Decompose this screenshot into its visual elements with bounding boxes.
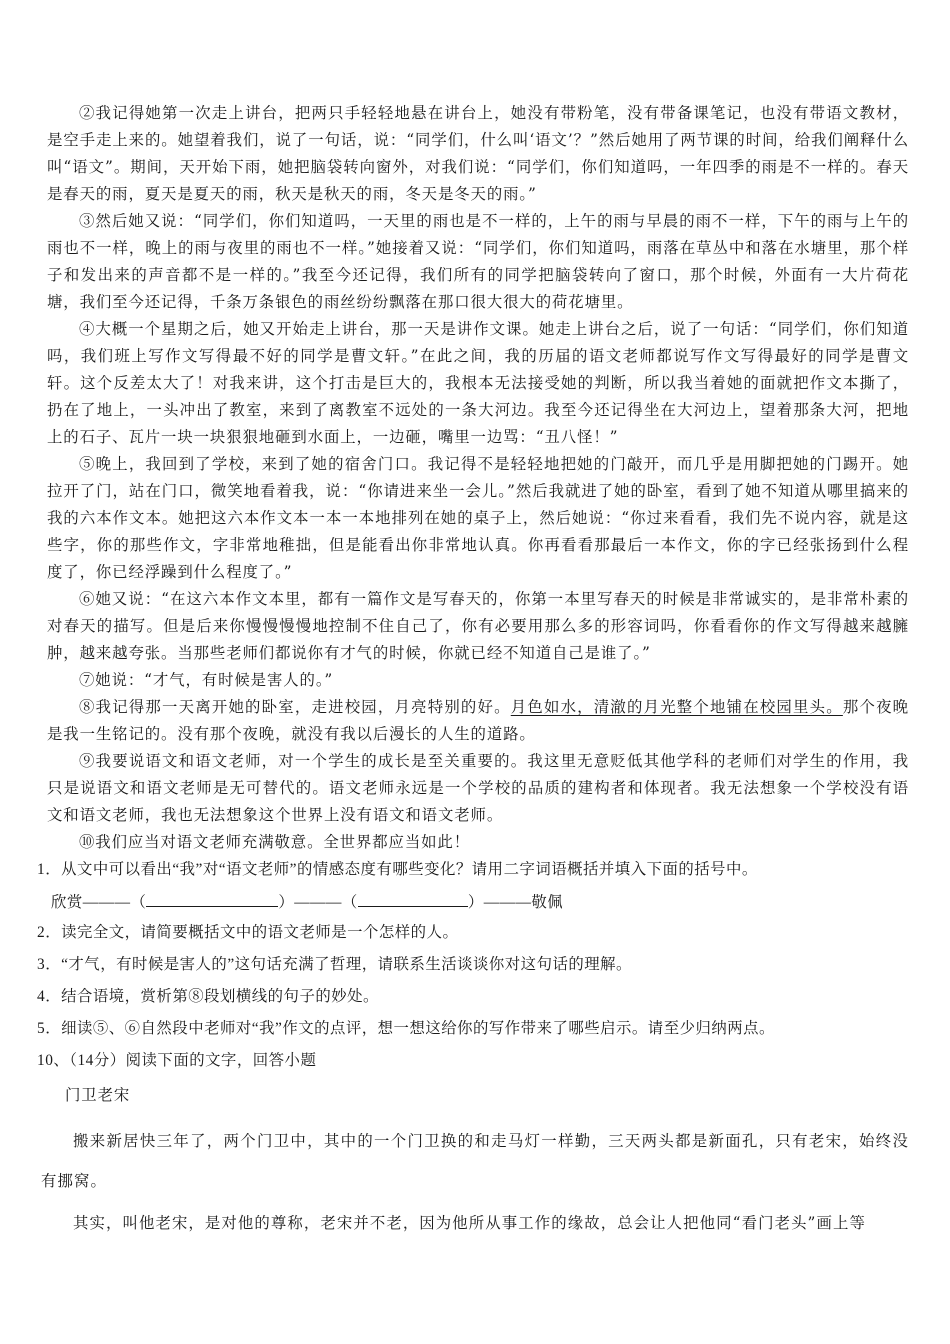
blank-1[interactable] (146, 892, 278, 907)
question-1: 1．从文中可以看出“我”对“语文老师”的情感态度有哪些变化？请用二字词语概括并填… (37, 860, 909, 880)
paragraph-text: 我记得她第一次走上讲台，把两只手轻轻地悬在讲台上，她没有带粉笔，没有带备课笔记，… (47, 104, 909, 203)
paragraph-number: ⑨ (79, 752, 96, 770)
question-5: 5．细读⑤、⑥自然段中老师对“我”作文的点评，想一想这给你的写作带来了哪些启示。… (37, 1019, 909, 1039)
paragraph-text: 晚上，我回到了学校，来到了她的宿舍门口。我记得不是轻轻地把她的门敲开，而几乎是用… (47, 455, 909, 581)
question-1-fill-line: 欣赏———（）———（）———敬佩 (51, 892, 909, 913)
document-page: ②我记得她第一次走上讲台，把两只手轻轻地悬在讲台上，她没有带粉笔，没有带备课笔记… (47, 100, 909, 1245)
article-paragraph-2: 其实，叫他老宋，是对他的尊称，老宋并不老，因为他所从事工作的缘故，总会让人把他同… (41, 1203, 909, 1243)
fill-end: ）———敬佩 (468, 894, 563, 911)
paragraph-9: ⑨我要说语文和语文老师，对一个学生的成长是至关重要的。我这里无意贬低其他学科的老… (47, 748, 909, 829)
fill-mid: ）———（ (278, 894, 357, 911)
question-3: 3．“才气，有时候是害人的”这句话充满了哲理，请联系生活谈谈你对这句话的理解。 (37, 955, 909, 975)
paragraph-3: ③然后她又说：“同学们，你们知道吗，一天里的雨也是不一样的，上午的雨与早晨的雨不… (47, 208, 909, 316)
paragraph-5: ⑤晚上，我回到了学校，来到了她的宿舍门口。我记得不是轻轻地把她的门敲开，而几乎是… (47, 451, 909, 586)
blank-2[interactable] (358, 892, 468, 907)
paragraph-text: 她又说：“在这六本作文本里，都有一篇作文是写春天的，你第一本里写春天的时候是非常… (47, 590, 909, 662)
paragraph-text: 她说：“才气，有时候是害人的。” (95, 671, 333, 689)
paragraph-number: ⑤ (79, 455, 96, 473)
paragraph-6: ⑥她又说：“在这六本作文本里，都有一篇作文是写春天的，你第一本里写春天的时候是非… (47, 586, 909, 667)
paragraph-text: 然后她又说：“同学们，你们知道吗，一天里的雨也是不一样的，上午的雨与早晨的雨不一… (47, 212, 909, 311)
paragraph-number: ⑩ (79, 833, 95, 851)
paragraph-text: 我要说语文和语文老师，对一个学生的成长是至关重要的。我这里无意贬低其他学科的老师… (47, 752, 909, 824)
questions-section: 1．从文中可以看出“我”对“语文老师”的情感态度有哪些变化？请用二字词语概括并填… (47, 860, 909, 1039)
paragraph-text-before: 我记得那一天离开她的卧室，走进校园，月亮特别的好。 (96, 698, 511, 716)
paragraph-number: ② (79, 104, 96, 122)
paragraph-10: ⑩我们应当对语文老师充满敬意。全世界都应当如此！ (47, 829, 909, 856)
question-4: 4．结合语境，赏析第⑧段划横线的句子的妙处。 (37, 987, 909, 1007)
paragraph-text: 大概一个星期之后，她又开始走上讲台，那一天是讲作文课。她走上讲台之后，说了一句话… (47, 320, 909, 446)
paragraph-number: ④ (79, 320, 95, 338)
paragraph-number: ⑥ (79, 590, 95, 608)
paragraph-text: 我们应当对语文老师充满敬意。全世界都应当如此！ (95, 833, 470, 851)
article-paragraph-1: 搬来新居快三年了，两个门卫中，其中的一个门卫换的和走马灯一样勤，三天两头都是新面… (41, 1121, 909, 1201)
paragraph-number: ⑦ (79, 671, 95, 689)
paragraph-8: ⑧我记得那一天离开她的卧室，走进校园，月亮特别的好。月色如水，清澈的月光整个地铺… (47, 694, 909, 748)
paragraph-number: ③ (79, 212, 95, 230)
question-2: 2．读完全文，请简要概括文中的语文老师是一个怎样的人。 (37, 923, 909, 943)
underlined-sentence: 月色如水，清澈的月光整个地铺在校园里头。 (511, 698, 843, 716)
article-title: 门卫老宋 (65, 1085, 909, 1105)
paragraph-number: ⑧ (79, 698, 96, 716)
paragraph-4: ④大概一个星期之后，她又开始走上讲台，那一天是讲作文课。她走上讲台之后，说了一句… (47, 316, 909, 451)
paragraph-7: ⑦她说：“才气，有时候是害人的。” (47, 667, 909, 694)
paragraph-2: ②我记得她第一次走上讲台，把两只手轻轻地悬在讲台上，她没有带粉笔，没有带备课笔记… (47, 100, 909, 208)
fill-start: 欣赏———（ (51, 894, 146, 911)
section-10-heading: 10、（14分）阅读下面的文字，回答小题 (37, 1051, 909, 1071)
